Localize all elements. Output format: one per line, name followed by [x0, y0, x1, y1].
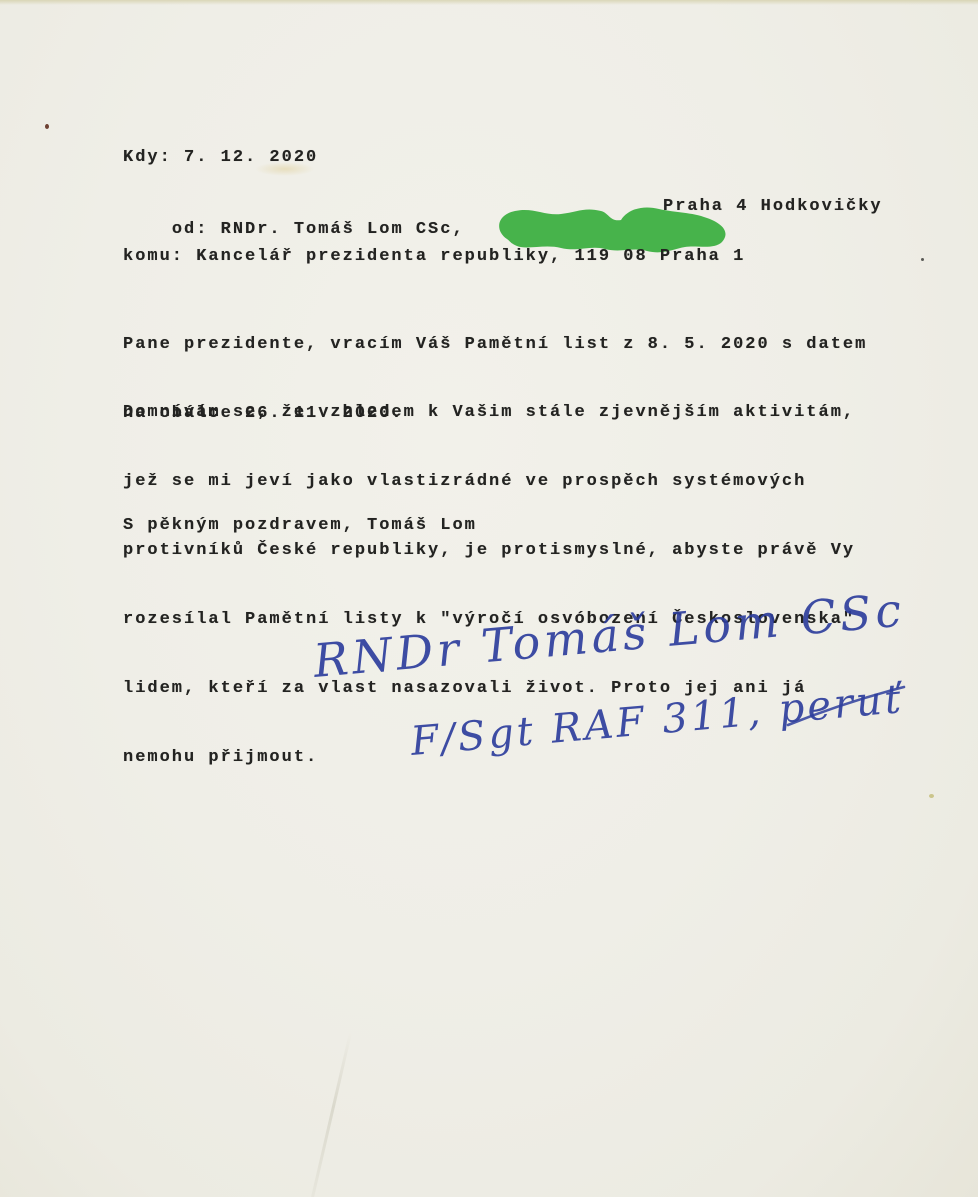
from-line: od: RNDr. Tomáš Lom CSc, Praha 4 Hodkovi… — [123, 195, 465, 218]
green-marker-redaction — [420, 180, 660, 234]
signature-rank-line: F/Sgt RAF 311, peruť — [408, 676, 907, 765]
closing-line: S pěkným pozdravem, Tomáš Lom — [123, 514, 477, 537]
body-line: jež se mi jeví jako vlastizrádné ve pros… — [123, 470, 855, 493]
scanned-letter-page: Kdy: 7. 12. 2020 od: RNDr. Tomáš Lom CSc… — [0, 0, 978, 1197]
scan-speck — [921, 258, 924, 261]
body-line: Domnívám se, že vzhledem k Vašim stále z… — [123, 401, 855, 424]
intro-line: Pane prezidente, vracím Váš Pamětní list… — [123, 333, 867, 356]
scan-top-edge-shadow — [0, 0, 978, 5]
to-line: komu: Kancelář prezidenta republiky, 119… — [123, 245, 745, 268]
paper-stain — [255, 162, 315, 176]
scan-speck — [929, 794, 934, 798]
handwritten-signature-block: RNDr Tomáš Lom CSc F/Sgt RAF 311, peruť — [290, 585, 940, 795]
from-line-suffix: Praha 4 Hodkovičky — [663, 195, 883, 218]
scan-speck — [45, 124, 49, 129]
signature-name-line: RNDr Tomáš Lom CSc — [310, 585, 907, 688]
body-line: protivníků České republiky, je protismys… — [123, 539, 855, 562]
paper-crease — [311, 1032, 352, 1197]
